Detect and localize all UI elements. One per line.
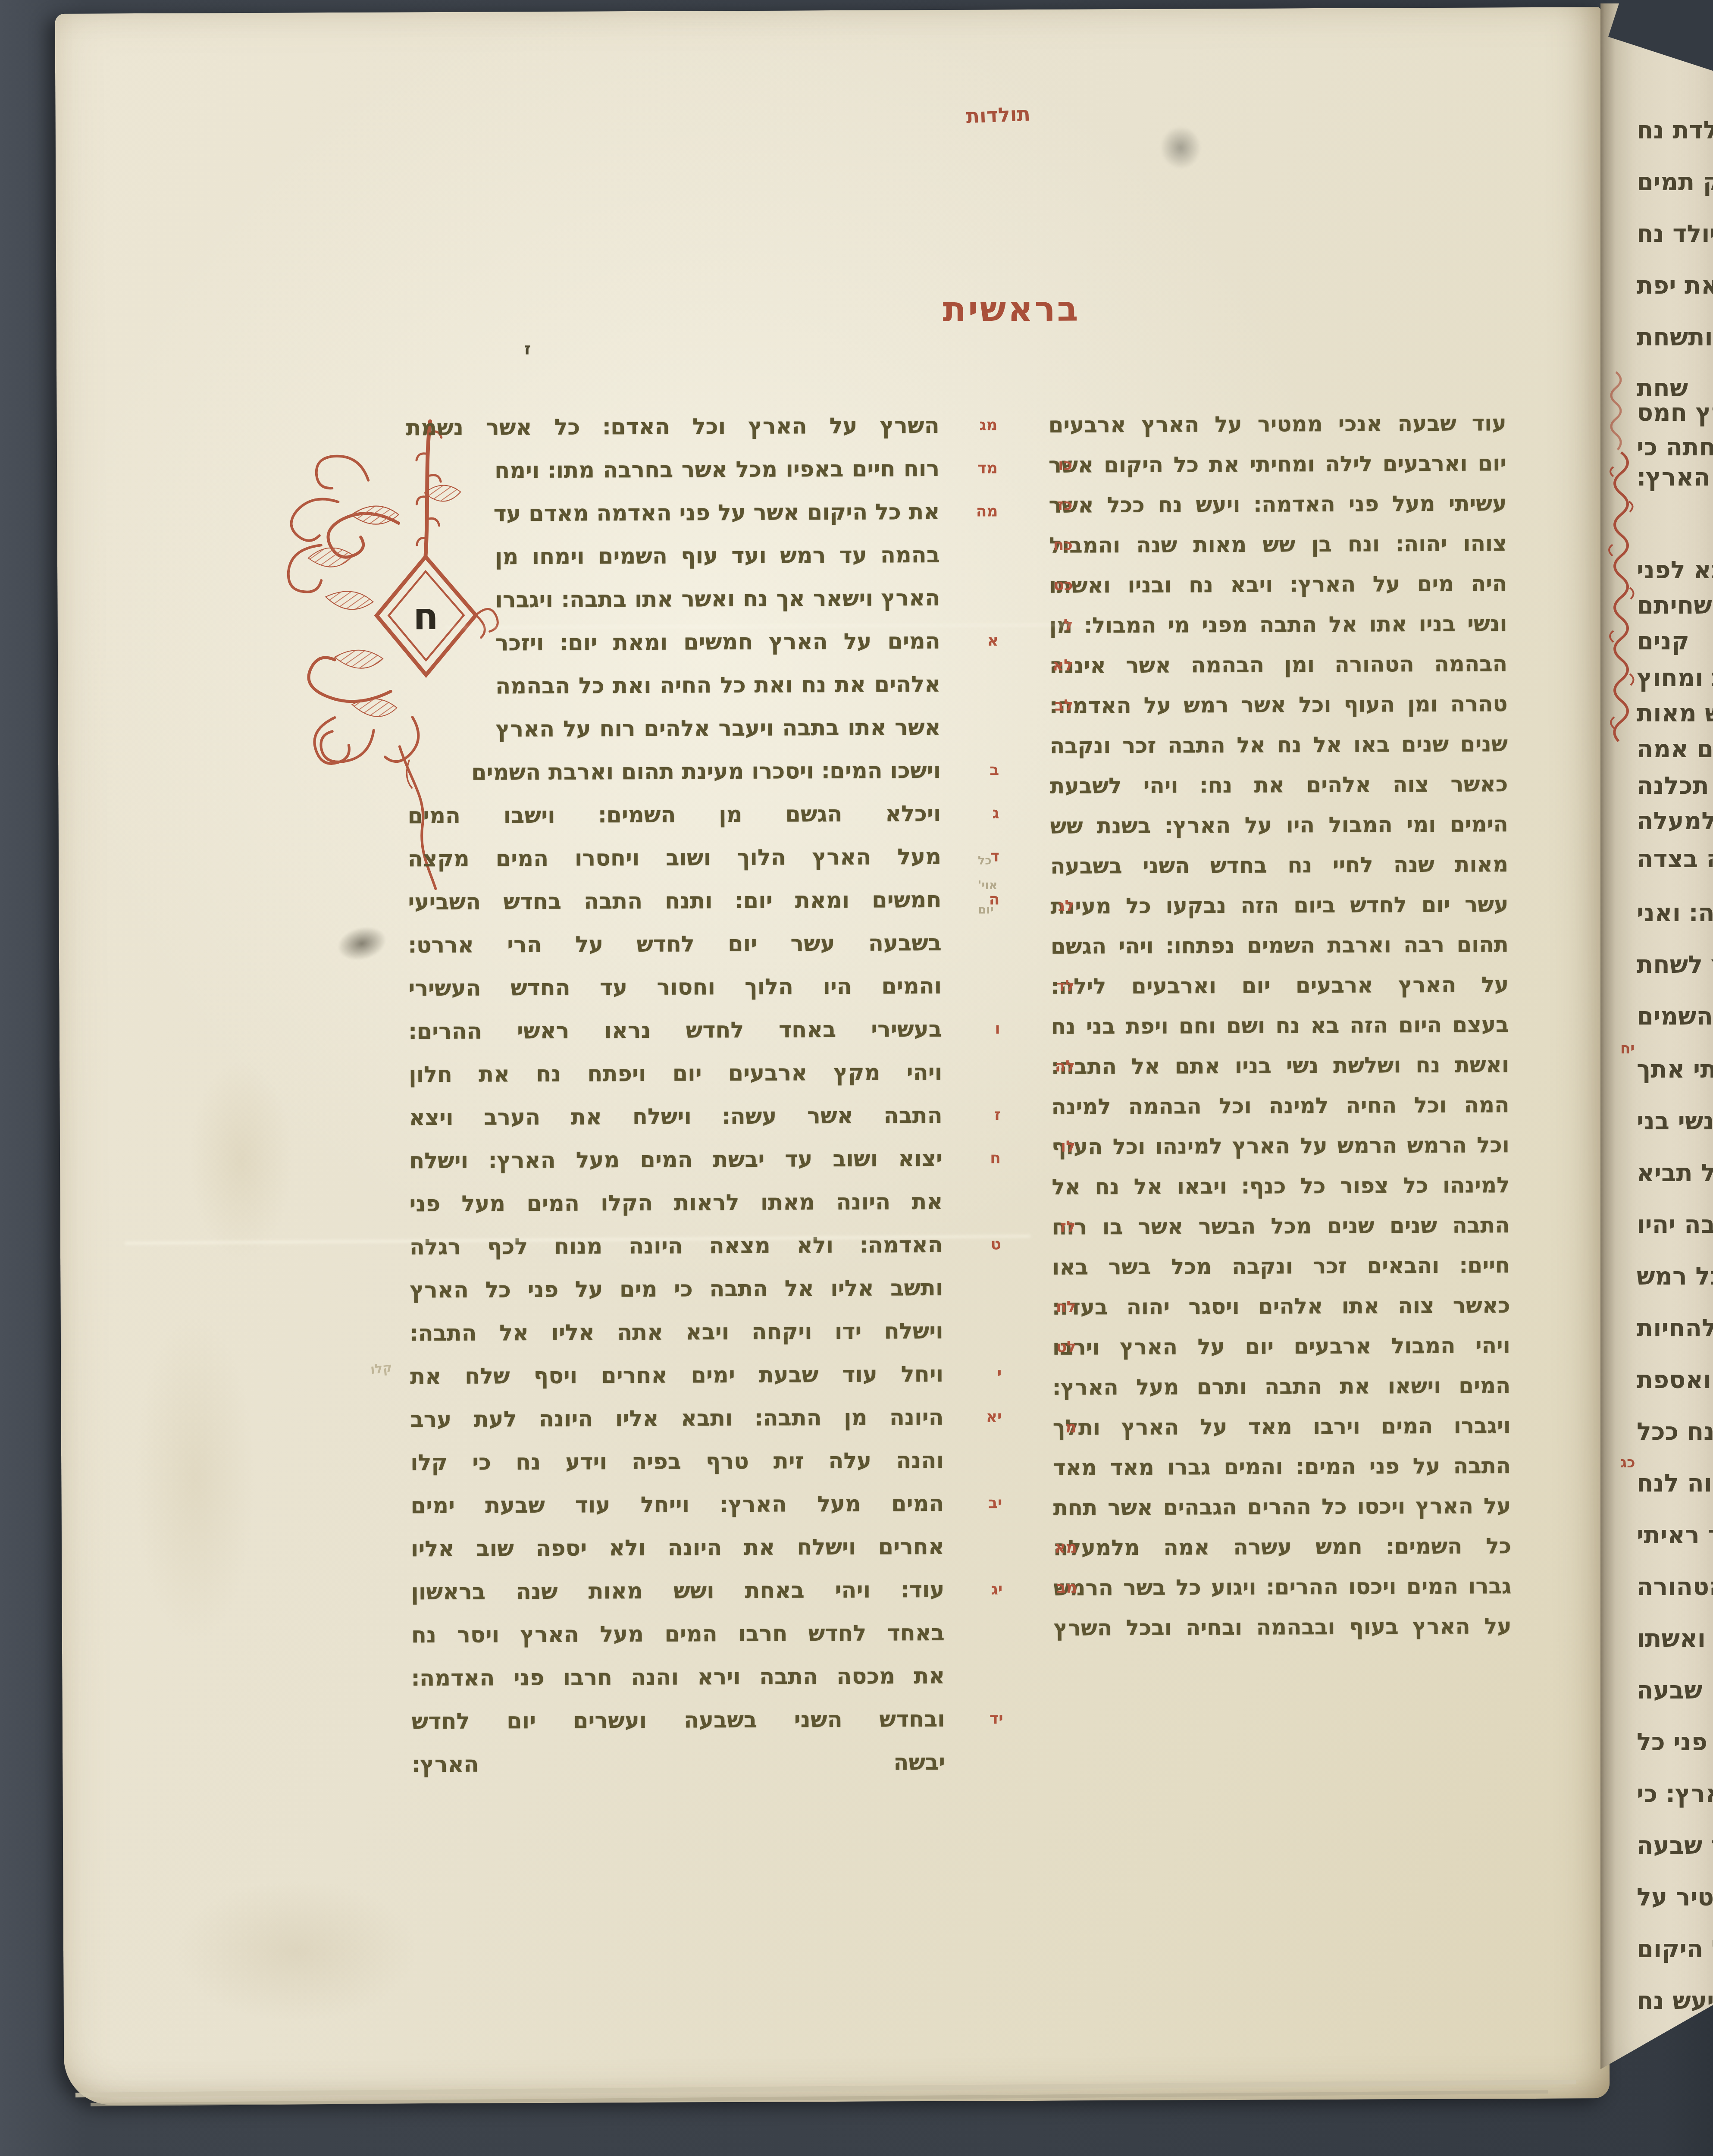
gutter-note-line: אוי' <box>978 878 997 892</box>
text-line: כאשר צוה אלהים את נח׃ ויהי לשבעת <box>1050 771 1508 804</box>
gutter-note: כלאוי'יום <box>55 7 1600 14</box>
text-line: את היונה מאתו לראות הקלו המים מעל פני <box>409 1189 943 1222</box>
parchment-stain <box>175 1879 417 2022</box>
text-line: חמשים ומאת יום׃ ותנח התבה בחדש השביעי <box>408 887 941 920</box>
verse-numeral: מא <box>1021 1539 1077 1557</box>
text-line: טהרה ומן העוף וכל אשר רמש על האדמה׃ <box>1049 691 1507 724</box>
parchment-stain <box>134 1315 256 1643</box>
ink-smudge <box>1160 126 1201 169</box>
text-line: עוד שבעה אנכי ממטיר על הארץ ארבעים <box>1048 411 1506 443</box>
gutter-note-line: כל <box>978 854 992 867</box>
text-line: גברו המים ויכסו ההרים׃ ויגוע כל בשר הרמש <box>1053 1573 1511 1606</box>
facing-text-fragment: כי אתך ראיתי <box>1637 1521 1713 1549</box>
facing-text-fragment: בא לפני <box>1637 556 1713 584</box>
facing-text-fragment: שתך ונשי בני <box>1637 1107 1713 1135</box>
text-line: תהום רבה וארבת השמים נפתחו׃ ויהי הגשם <box>1051 932 1509 964</box>
book-title: בראשית <box>877 288 1145 330</box>
facing-text-fragment: בריתי אתך <box>1637 1056 1713 1084</box>
facing-text-fragment: שחת <box>1637 374 1688 402</box>
verse-numerals-right-column: כוכזכחכטללאלבלגלדלהלולזלחלטממאמב <box>55 7 1600 14</box>
penwork-border-icon <box>1603 370 1631 452</box>
facing-text-fragment: שים אמה <box>1637 735 1713 763</box>
verse-numeral: מד <box>942 459 998 477</box>
verse-numeral: ל <box>1017 617 1073 635</box>
verse-numeral: מה <box>942 502 998 520</box>
facing-text-fragment: ויעש נח ככל <box>1637 1418 1713 1446</box>
text-line: בעשירי באחד לחדש נראו ראשי ההרים׃ <box>409 1017 942 1049</box>
text-line: את כל היקום אשר על פני האדמה מאדם עד <box>495 499 939 532</box>
text-line: ויהי המבול ארבעים יום על הארץ וירבו <box>1052 1333 1510 1365</box>
penwork-border-icon <box>1605 450 1638 760</box>
facing-text-fragment: מינה מכל רמש <box>1637 1263 1713 1291</box>
running-header: תולדות <box>966 99 1109 128</box>
margin-note: קלו <box>370 1360 393 1377</box>
text-line: השרץ על הארץ וכל האדם׃ כל אשר נשמת <box>406 413 939 445</box>
text-line: ואשת נח ושלשת נשי בניו אתם אל התבה׃ <box>1051 1052 1509 1084</box>
manuscript-page: תולדות בראשית ז <box>55 7 1610 2105</box>
verse-numeral: יד <box>947 1710 1003 1728</box>
text-line: האדמה׃ ולא מצאה היונה מנוח לכף רגלה <box>410 1232 943 1265</box>
text-line: המים על הארץ חמשים ומאת יום׃ ויזכר <box>495 629 940 661</box>
verse-numeral: לג <box>1018 897 1074 915</box>
verse-numeral: ב <box>943 761 999 779</box>
text-line: התבה אשר עשה׃ וישלח את הערב ויצא <box>409 1103 942 1135</box>
facing-verse-numeral: יח <box>1620 1040 1635 1057</box>
text-line: והמים היו הלוך וחסור עד החדש העשירי <box>408 974 942 1006</box>
verse-numerals-left-column: מגמדמהאבגדהוזחטייאיביגיד <box>55 7 1600 14</box>
facing-text-fragment: הארץ׃ <box>1637 464 1710 492</box>
gutter-note-line: יום <box>978 903 993 916</box>
verse-numeral: לז <box>1020 1218 1076 1236</box>
verse-numeral: ח <box>945 1149 1001 1167</box>
manuscript-photo: תולדות בראשית ז <box>0 0 1713 2156</box>
text-line: בעצם היום הזה בא נח ושם וחם ויפת בני נח <box>1051 1012 1509 1044</box>
text-line: ובחדש השני בשבעה ועשרים יום לחדש <box>412 1707 945 1739</box>
facing-text-fragment: ותשחת <box>1637 323 1713 351</box>
facing-text-fragment: קנים <box>1637 627 1689 655</box>
verse-numeral: ז <box>945 1106 1001 1124</box>
text-line: התבה שנים שנים מכל הבשר אשר בו רוח <box>1052 1213 1510 1245</box>
verse-numeral: יא <box>946 1408 1002 1426</box>
verse-numeral: מג <box>942 416 998 434</box>
text-line: חיים׃ והבאים זכר ונקבה מכל בשר באו <box>1052 1253 1510 1285</box>
text-line: יבשה הארץ׃ <box>412 1750 945 1782</box>
text-line: על הארץ ארבעים יום וארבעים לילה׃ <box>1051 972 1509 1004</box>
text-line: וכל הרמש הרמש על הארץ למינהו וכל העוף <box>1052 1132 1509 1165</box>
verse-numeral: א <box>943 632 999 650</box>
text-line: הימים ומי המבול היו על הארץ׃ בשנת שש <box>1050 812 1508 844</box>
text-line: ויהי מקץ ארבעים יום ויפתח נח את חלון <box>409 1060 942 1092</box>
facing-text-fragment: שלש מאות <box>1637 699 1713 727</box>
text-line: אשר אתו בתבה ויעבר אלהים רוח על הארץ <box>496 715 941 747</box>
facing-text-fragment: ים מכל תביא <box>1637 1159 1713 1187</box>
verse-numeral: לד <box>1018 978 1074 996</box>
text-line: מעל הארץ הלוך ושוב ויחסרו המים מקצה <box>408 844 941 877</box>
text-line: המה וכל החיה למינה וכל הבהמה למינה <box>1051 1092 1509 1125</box>
verse-numeral: לט <box>1020 1338 1076 1357</box>
verse-numeral: לח <box>1020 1298 1076 1316</box>
verse-numeral: כו <box>1016 456 1072 474</box>
text-line: ויגברו המים וירבו מאד על הארץ ותלך <box>1053 1413 1511 1445</box>
text-line: עשיתי מעל פני האדמה׃ ויעש נח ככל אשר <box>1049 491 1506 523</box>
text-line: אלהים את נח ואת כל החיה ואת כל הבהמה <box>495 672 940 704</box>
text-line: ונשי בניו אתו אל התבה מפני מי המבול׃ מן <box>1049 611 1507 643</box>
verse-numeral: כט <box>1017 577 1073 595</box>
verse-numeral: לו <box>1019 1138 1075 1156</box>
facing-text-fragment: תעשה׃ ואני <box>1637 899 1713 927</box>
text-line: הבהמה הטהורה ומן הבהמה אשר איננה <box>1049 651 1507 683</box>
text-line: והנה עלה זית טרף בפיה וידע נח כי קלו <box>410 1448 944 1480</box>
text-line: על הארץ בעוף ובבהמה ובחיה ובכל השרץ <box>1054 1614 1512 1646</box>
facing-text-fragment: שבעה שבעה <box>1637 1677 1713 1705</box>
facing-text-fragment: הארץ לשחת <box>1637 951 1713 979</box>
facing-text-fragment: יאכל ואספת <box>1637 1366 1713 1394</box>
verse-numeral: יב <box>946 1494 1002 1512</box>
facing-text-fragment: עוד שבעה <box>1637 1832 1713 1860</box>
text-line: וישלח ידו ויקחה ויבא אתה אליו אל התבה׃ <box>410 1319 943 1351</box>
text-column-left: השרץ על הארץ וכל האדם׃ כל אשר נשמתרוח חי… <box>406 413 946 1778</box>
facing-text-fragment: ני משחיתם <box>1637 592 1713 620</box>
facing-text-fragment: מר יהוה לנח <box>1637 1470 1713 1498</box>
verse-numeral: יג <box>946 1580 1002 1598</box>
facing-text-fragment: איש ואשתו <box>1637 1625 1713 1653</box>
verse-numeral: מב <box>1021 1579 1077 1597</box>
verse-numeral: ג <box>943 804 999 822</box>
facing-text-fragment: הארץ׃ כי <box>1637 1780 1713 1808</box>
facing-text-fragment: צדיק תמים <box>1637 168 1713 196</box>
facing-text-fragment: או אליך להחיות <box>1637 1314 1713 1342</box>
text-line: יום וארבעים לילה ומחיתי את כל היקום אשר <box>1049 451 1506 483</box>
verse-numeral: לה <box>1019 1058 1075 1076</box>
facing-page-edge: תולדת נחצדיק תמיםויולד נחואת יפתותשחתשחת… <box>1600 3 1713 2078</box>
facing-text-fragment: ממטיר על <box>1637 1883 1713 1912</box>
text-line: אחרים וישלח את היונה ולא יספה שוב אליו <box>411 1534 944 1567</box>
facing-text-fragment: התבה בצדה <box>1637 845 1713 873</box>
facing-text-fragment: על פני כל <box>1637 1728 1713 1756</box>
text-line: עשר יום לחדש ביום הזה נבקעו כל מעינת <box>1050 892 1508 924</box>
text-line: רוח חיים באפיו מכל אשר בחרבה מתו׃ וימח <box>495 456 939 489</box>
facing-text-fragment: תחת השמים <box>1637 1003 1713 1031</box>
text-line: כל השמים׃ חמש עשרה אמה מלמעלה <box>1053 1533 1511 1566</box>
text-line: יצוא ושוב עד יבשת המים מעל הארץ׃ וישלח <box>409 1146 943 1178</box>
text-line: באחד לחדש חרבו המים מעל הארץ ויסר נח <box>411 1620 945 1653</box>
text-line: ויחל עוד שבעת ימים אחרים ויסף שלח את <box>410 1362 943 1394</box>
facing-text-fragment: נשחתה כי <box>1637 433 1713 461</box>
text-line: היונה מן התבה׃ ותבא אליו היונה לעת ערב <box>410 1405 944 1437</box>
text-column-right: עוד שבעה אנכי ממטיר על הארץ ארבעיםיום וא… <box>1048 411 1512 1698</box>
facing-text-fragment: ארץ חמס <box>1637 399 1713 427</box>
verse-numeral: לב <box>1017 697 1073 715</box>
text-line: המים מעל הארץ׃ וייחל עוד שבעת ימים <box>410 1491 944 1523</box>
text-line: על הארץ ויכסו כל ההרים הגבהים אשר תחת <box>1053 1493 1511 1526</box>
text-line: עוד׃ ויהי באחת ושש מאות שנה בראשון <box>411 1577 944 1610</box>
text-line: המים וישאו את התבה ותרם מעל הארץ׃ <box>1052 1373 1510 1405</box>
verse-numeral: כח <box>1017 536 1073 555</box>
ink-smear <box>334 922 390 965</box>
parchment-stain <box>189 1060 293 1259</box>
verse-numeral: ט <box>945 1235 1001 1253</box>
text-line: שנים שנים באו אל נח אל התבה זכר ונקבה <box>1050 731 1508 764</box>
text-line: וישכו המים׃ ויסכרו מעינת תהום וארבת השמי… <box>496 758 941 790</box>
text-line: התבה על פני המים׃ והמים גברו מאד מאד <box>1053 1453 1511 1485</box>
verse-numeral: כז <box>1016 496 1072 514</box>
facing-text-fragment: נקבה יהיו <box>1637 1211 1713 1239</box>
facing-text-fragment: תכלנה <box>1637 772 1709 800</box>
facing-text-fragment: ואת יפת <box>1637 272 1713 300</box>
text-line: מאות שנה לחיי נח בחדש השני בשבעה <box>1050 852 1508 884</box>
text-line: בשבעה עשר יום לחדש על הרי אררט׃ <box>408 931 942 963</box>
text-line: ותשב אליו אל התבה כי מים על פני כל הארץ <box>410 1275 943 1308</box>
text-line: בהמה עד רמש ועד עוף השמים וימחו מן <box>495 542 940 575</box>
text-line: למינהו כל צפור כל כנף׃ ויבאו אל נח אל <box>1052 1172 1509 1205</box>
text-line: הארץ וישאר אך נח ואשר אתו בתבה׃ ויגברו <box>495 586 940 618</box>
facing-text-fragment: מה הטהורה <box>1637 1573 1713 1601</box>
text-line: צוהו יהוה׃ ונח בן שש מאות שנה והמבול <box>1049 531 1507 563</box>
verse-numeral: י <box>946 1365 1002 1383</box>
facing-text-fragment: מלמעלה <box>1637 807 1713 835</box>
facing-text-fragment: מבית ומחוץ <box>1637 664 1713 692</box>
quire-catchword: ז <box>524 339 531 358</box>
text-line: את מכסה התבה וירא והנה חרבו פני האדמה׃ <box>411 1664 945 1696</box>
verse-numeral: מ <box>1021 1419 1077 1437</box>
facing-text-fragment: תולדת נח <box>1637 116 1713 144</box>
facing-text-fragment: ויעש נח <box>1637 1987 1713 2015</box>
facing-text-fragment: את כל היקום <box>1637 1935 1713 1963</box>
verse-numeral: ו <box>944 1020 1000 1038</box>
facing-verse-numeral: כג <box>1620 1454 1635 1471</box>
facing-text-fragment: ויולד נח <box>1637 220 1713 248</box>
text-line: כאשר צוה אתו אלהים ויסגר יהוה בעדו׃ <box>1052 1293 1510 1325</box>
text-line: ויכלא הגשם מן השמים׃ וישבו המים <box>407 801 941 834</box>
verse-numeral: לא <box>1017 657 1073 675</box>
text-line: היה מים על הארץ׃ ויבא נח ובניו ואשתו <box>1049 571 1507 603</box>
